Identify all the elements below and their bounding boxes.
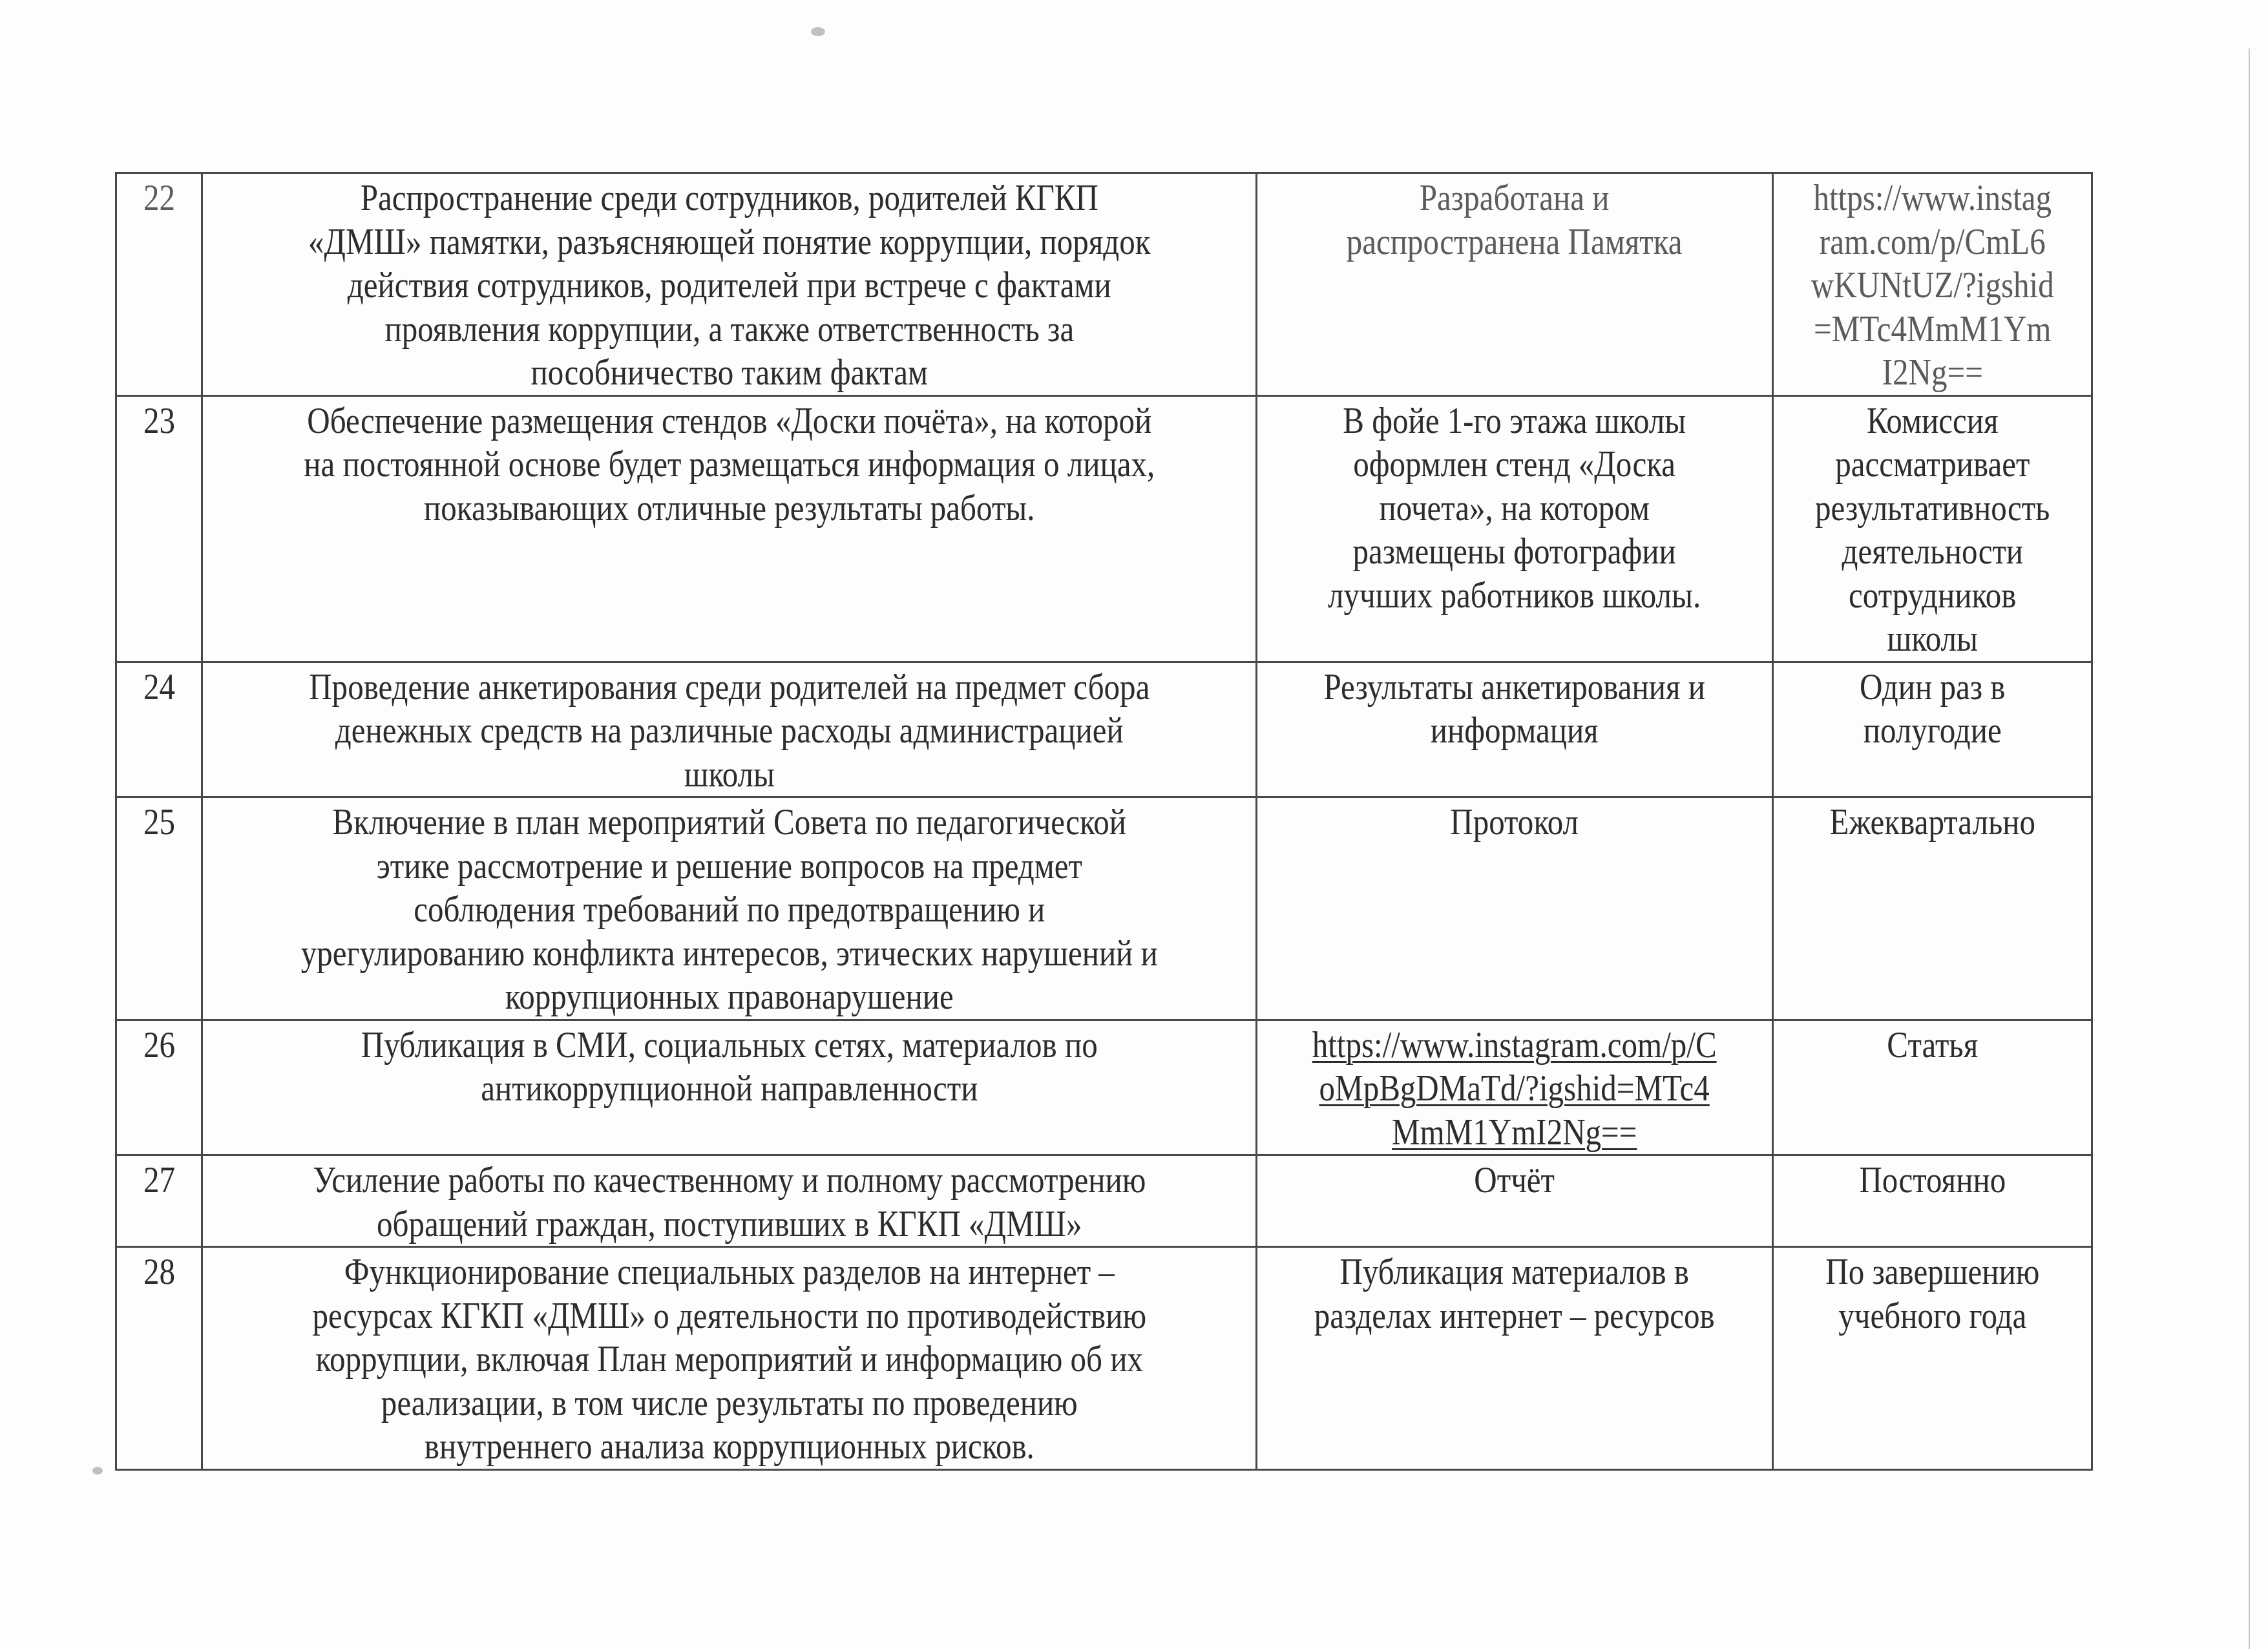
- result-cell: https://www.instagram.com/p/C oMpBgDMaTd…: [1257, 1020, 1773, 1155]
- row-number: 27: [117, 1156, 201, 1203]
- table-row: 22 Распространение среди сотрудников, ро…: [116, 173, 2092, 396]
- result-text: В фойе 1-го этажа школы оформлен стенд «…: [1258, 397, 1771, 618]
- result-text: Протокол: [1258, 798, 1771, 845]
- term-cell: По завершению учебного года: [1773, 1247, 2092, 1470]
- action-text: Обеспечение размещения стендов «Доски по…: [204, 397, 1254, 530]
- row-number: 26: [117, 1021, 201, 1067]
- term-text: Один раз в полугодие: [1774, 663, 2091, 753]
- result-text: Результаты анкетирования и информация: [1258, 663, 1771, 753]
- row-number-cell: 23: [116, 395, 202, 662]
- table-row: 23 Обеспечение размещения стендов «Доски…: [116, 395, 2092, 662]
- term-cell: Один раз в полугодие: [1773, 662, 2092, 797]
- result-cell: В фойе 1-го этажа школы оформлен стенд «…: [1257, 395, 1773, 662]
- term-link[interactable]: https://www.instag ram.com/p/CmL6 wKUNtU…: [1774, 174, 2091, 395]
- table-row: 27 Усиление работы по качественному и по…: [116, 1155, 2092, 1247]
- term-text: Комиссия рассматривает результативность …: [1774, 397, 2091, 661]
- table-row: 28 Функционирование специальных разделов…: [116, 1247, 2092, 1470]
- result-link[interactable]: https://www.instagram.com/p/C oMpBgDMaTd…: [1258, 1021, 1771, 1155]
- action-text: Публикация в СМИ, социальных сетях, мате…: [204, 1021, 1254, 1111]
- row-number: 24: [117, 663, 201, 709]
- result-text: Разработана и распространена Памятка: [1258, 174, 1771, 264]
- scan-speck: [92, 1467, 103, 1475]
- row-number-cell: 25: [116, 797, 202, 1020]
- term-text: Постоянно: [1774, 1156, 2091, 1203]
- action-text: Распространение среди сотрудников, родит…: [204, 174, 1254, 395]
- table-row: 26 Публикация в СМИ, социальных сетях, м…: [116, 1020, 2092, 1155]
- term-cell: https://www.instag ram.com/p/CmL6 wKUNtU…: [1773, 173, 2092, 396]
- result-cell: Публикация материалов в разделах интерне…: [1257, 1247, 1773, 1470]
- row-number-cell: 22: [116, 173, 202, 396]
- action-cell: Функционирование специальных разделов на…: [202, 1247, 1257, 1470]
- action-text: Усиление работы по качественному и полно…: [204, 1156, 1254, 1246]
- page-edge-line: [2249, 48, 2250, 1649]
- row-number-cell: 27: [116, 1155, 202, 1247]
- action-cell: Публикация в СМИ, социальных сетях, мате…: [202, 1020, 1257, 1155]
- row-number: 22: [117, 174, 201, 220]
- result-text: Отчёт: [1258, 1156, 1771, 1203]
- action-text: Функционирование специальных разделов на…: [204, 1248, 1254, 1469]
- scan-speck: [811, 27, 825, 36]
- result-cell: Протокол: [1257, 797, 1773, 1020]
- term-text: Статья: [1774, 1021, 2091, 1067]
- row-number: 23: [117, 397, 201, 443]
- row-number-cell: 24: [116, 662, 202, 797]
- action-text: Проведение анкетирования среди родителей…: [204, 663, 1254, 797]
- row-number: 25: [117, 798, 201, 845]
- action-cell: Проведение анкетирования среди родителей…: [202, 662, 1257, 797]
- result-cell: Разработана и распространена Памятка: [1257, 173, 1773, 396]
- row-number-cell: 28: [116, 1247, 202, 1470]
- result-text: Публикация материалов в разделах интерне…: [1258, 1248, 1771, 1338]
- term-cell: Ежеквартально: [1773, 797, 2092, 1020]
- action-cell: Включение в план мероприятий Совета по п…: [202, 797, 1257, 1020]
- table-row: 25 Включение в план мероприятий Совета п…: [116, 797, 2092, 1020]
- action-text: Включение в план мероприятий Совета по п…: [204, 798, 1254, 1019]
- term-cell: Постоянно: [1773, 1155, 2092, 1247]
- action-cell: Усиление работы по качественному и полно…: [202, 1155, 1257, 1247]
- row-number: 28: [117, 1248, 201, 1294]
- table-row: 24 Проведение анкетирования среди родите…: [116, 662, 2092, 797]
- result-cell: Результаты анкетирования и информация: [1257, 662, 1773, 797]
- term-text: Ежеквартально: [1774, 798, 2091, 845]
- row-number-cell: 26: [116, 1020, 202, 1155]
- anti-corruption-plan-table: 22 Распространение среди сотрудников, ро…: [115, 172, 2093, 1471]
- term-cell: Комиссия рассматривает результативность …: [1773, 395, 2092, 662]
- action-cell: Обеспечение размещения стендов «Доски по…: [202, 395, 1257, 662]
- action-cell: Распространение среди сотрудников, родит…: [202, 173, 1257, 396]
- term-text: По завершению учебного года: [1774, 1248, 2091, 1338]
- term-cell: Статья: [1773, 1020, 2092, 1155]
- result-cell: Отчёт: [1257, 1155, 1773, 1247]
